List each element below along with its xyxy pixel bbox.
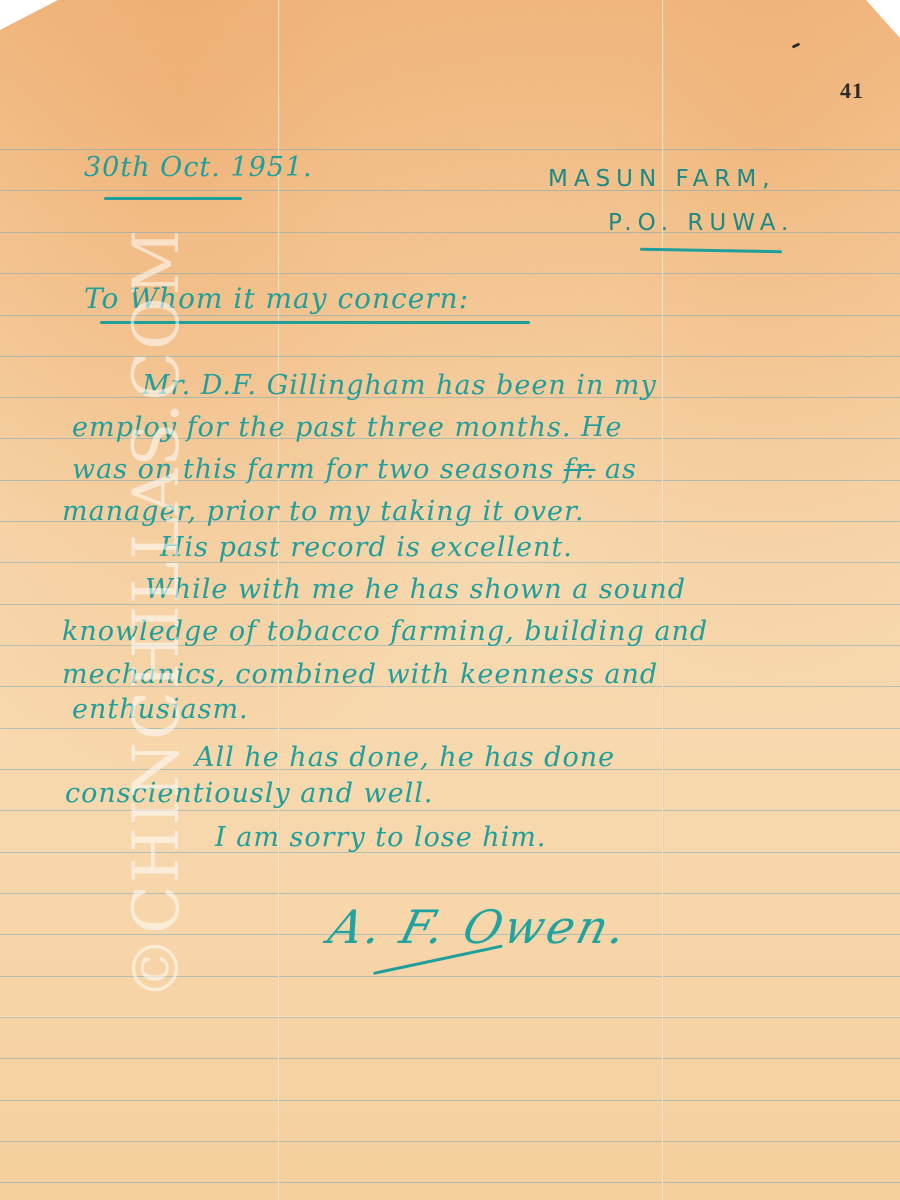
body-line: I am sorry to lose him. (215, 822, 547, 853)
struck-out-word: fr. (564, 454, 596, 485)
watermark: ©CHINCHILLAS.COM (120, 228, 194, 1000)
ruled-line (0, 149, 900, 150)
page-number: 41 (840, 78, 864, 104)
fold-crease (0, 1016, 900, 1018)
signature: A. F. Owen. (323, 900, 634, 954)
body-text: as (595, 454, 637, 485)
body-line: Mr. D.F. Gillingham has been in my (142, 370, 657, 401)
date-underline (104, 197, 242, 200)
letter-paper: 41 30th Oct. 1951. MASUN FARM, P.O. RUWA… (0, 0, 900, 1200)
body-line: While with me he has shown a sound (145, 574, 686, 605)
ink-mark (792, 42, 801, 48)
address-line-1: MASUN FARM, (548, 166, 776, 192)
body-line: All he has done, he has done (195, 742, 615, 773)
letter-date: 30th Oct. 1951. (84, 152, 313, 183)
ruled-line (0, 1141, 900, 1142)
ruled-line (0, 1100, 900, 1101)
address-line-2: P.O. RUWA. (608, 210, 794, 236)
body-line: His past record is excellent. (160, 532, 573, 563)
ruled-line (0, 1058, 900, 1059)
ruled-line (0, 1182, 900, 1183)
